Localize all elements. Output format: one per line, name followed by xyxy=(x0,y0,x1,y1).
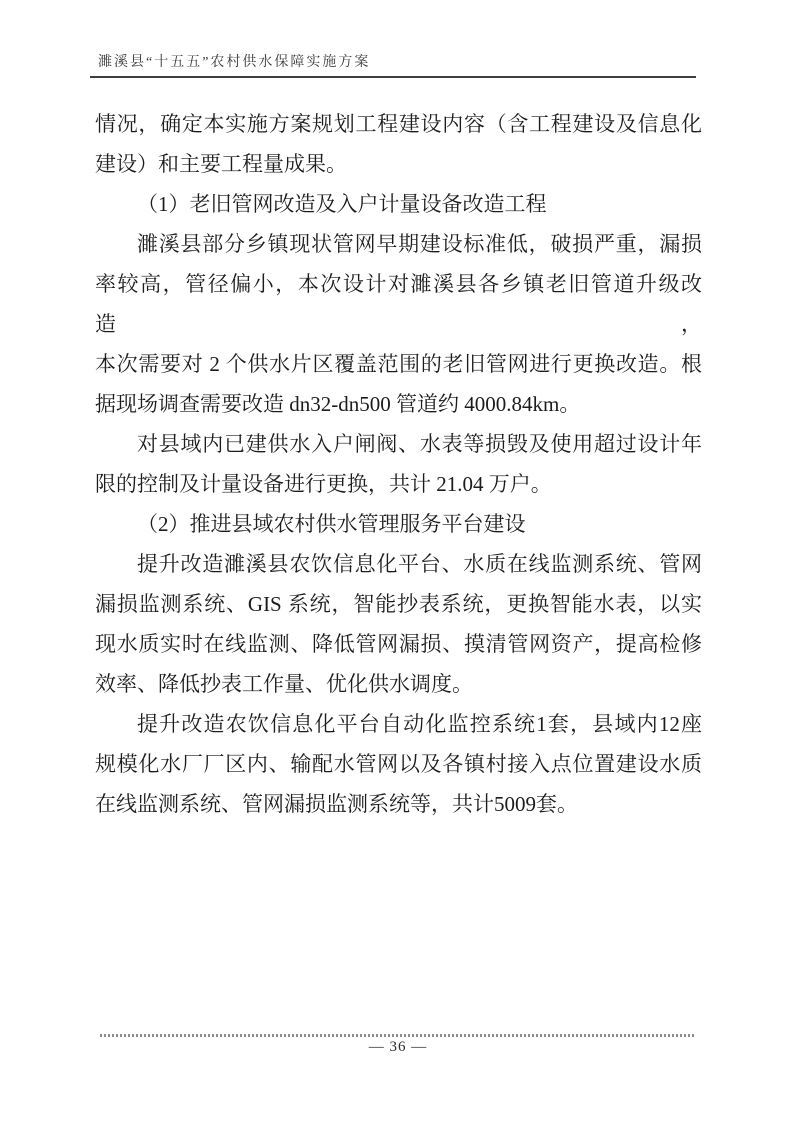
body-line-subheading: （1）老旧管网改造及入户计量设备改造工程 xyxy=(95,184,702,224)
header-rule xyxy=(90,76,696,78)
body-line: 据现场调查需要改造 dn32-dn500 管道约 4000.84km。 xyxy=(95,384,702,424)
body-line: 效率、降低抄表工作量、优化供水调度。 xyxy=(95,664,702,704)
body-line: 现水质实时在线监测、降低管网漏损、摸清管网资产，提高检修 xyxy=(95,624,702,664)
body-line: 本次需要对 2 个供水片区覆盖范围的老旧管网进行更换改造。根 xyxy=(95,344,702,384)
body-line-subheading: （2）推进县域农村供水管理服务平台建设 xyxy=(95,504,702,544)
body-line: 建设）和主要工程量成果。 xyxy=(95,144,702,184)
body-line: 在线监测系统、管网漏损监测系统等，共计5009套。 xyxy=(95,784,702,824)
page-number: — 36 — xyxy=(100,1039,696,1056)
document-page: 濉溪县“十五五”农村供水保障实施方案 情况，确定本实施方案规划工程建设内容（含工… xyxy=(0,0,793,1122)
document-body: 情况，确定本实施方案规划工程建设内容（含工程建设及信息化 建设）和主要工程量成果… xyxy=(95,104,702,824)
body-line: 提升改造濉溪县农饮信息化平台、水质在线监测系统、管网 xyxy=(95,544,702,584)
footer-rule xyxy=(100,1034,696,1037)
body-line: 限的控制及计量设备进行更换，共计 21.04 万户。 xyxy=(95,464,702,504)
body-line: 情况，确定本实施方案规划工程建设内容（含工程建设及信息化 xyxy=(95,104,702,144)
body-line: 提升改造农饮信息化平台自动化监控系统1套，县域内12座 xyxy=(95,704,702,744)
body-line: 濉溪县部分乡镇现状管网早期建设标准低，破损严重，漏损 xyxy=(95,224,702,264)
page-header-title: 濉溪县“十五五”农村供水保障实施方案 xyxy=(98,51,698,71)
body-line: 率较高，管径偏小，本次设计对濉溪县各乡镇老旧管道升级改造， xyxy=(95,264,702,344)
body-line: 漏损监测系统、GIS 系统，智能抄表系统，更换智能水表，以实 xyxy=(95,584,702,624)
body-line: 对县域内已建供水入户闸阀、水表等损毁及使用超过设计年 xyxy=(95,424,702,464)
body-line: 规模化水厂厂区内、输配水管网以及各镇村接入点位置建设水质 xyxy=(95,744,702,784)
